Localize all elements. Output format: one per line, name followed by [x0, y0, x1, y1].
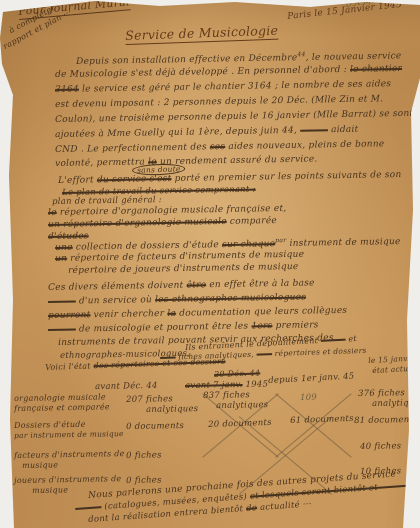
handwritten-segment: porté en premier sur les points suivants…	[171, 170, 401, 184]
handwritten-segment: un	[55, 254, 67, 264]
handwritten-segment: pourront	[48, 310, 91, 321]
col-header-struck-frag: 20 Déc. 44	[214, 369, 260, 379]
row-label: joueurs d'instruments de	[14, 475, 121, 486]
handwritten-line: répertoire de joueurs d'instruments de m…	[68, 263, 299, 277]
handwritten-segment: avant 7 janv.	[185, 380, 243, 391]
handwritten-segment: organologie musicale	[14, 392, 106, 403]
handwritten-segment: d'études	[48, 231, 89, 242]
handwritten-segment: le service est géré par le chantier 3164…	[79, 79, 391, 94]
handwritten-segment: est devenu imposant : 2 personnes depuis…	[55, 94, 383, 110]
row-label: facteurs d'instruments de	[14, 450, 125, 461]
handwritten-segment: 44	[297, 51, 305, 58]
manuscript-paper: Pour Journal Muralà compléterrapport et …	[0, 0, 420, 528]
handwritten-segment: instrument de musique	[286, 237, 400, 249]
cell-value: 61 documents	[290, 415, 354, 427]
handwritten-segment: Voici l'état	[45, 361, 94, 372]
handwritten-segment: 61 documents	[290, 414, 354, 426]
handwritten-segment: un répertoire d'organologie musicale	[48, 217, 227, 230]
cell-value: 81 documents	[354, 416, 418, 426]
handwritten-segment: 109	[300, 393, 317, 403]
handwritten-line: un répertoire d'organologie musicale com…	[48, 217, 277, 231]
handwritten-segment: depuis 1er janv. 45	[268, 371, 355, 386]
handwritten-segment: plan de travail général :	[52, 195, 162, 207]
handwritten-segment: ses	[210, 142, 226, 152]
handwritten-segment: ———	[321, 335, 346, 345]
row-label: musique	[32, 486, 68, 495]
cell-value: analytiques	[216, 401, 268, 411]
row-label: par instrument de musique	[14, 430, 124, 440]
handwritten-line: Ces divers éléments doivent être en effe…	[48, 279, 315, 294]
handwritten-segment: être	[187, 280, 207, 290]
col-header-current-1: le 15 janv. 1945	[368, 354, 420, 366]
handwritten-segment: Paris le 15 Janvier 1945	[287, 0, 403, 22]
handwritten-segment: premiers	[272, 320, 318, 331]
handwritten-segment: , le nouveau service	[306, 51, 402, 63]
handwritten-segment: musique	[32, 485, 68, 495]
handwritten-segment: analytiques	[216, 400, 268, 411]
handwritten-line: CND . Le perfectionnement des ses aides …	[55, 140, 385, 156]
handwritten-segment: ———	[300, 125, 328, 135]
handwritten-segment: ———	[75, 502, 102, 514]
handwritten-segment: 20 documents	[208, 418, 272, 430]
handwritten-segment: 837 fiches	[203, 390, 250, 401]
handwritten-segment: Service de Musicologie	[125, 23, 278, 45]
handwritten-segment: du service s'est	[97, 174, 172, 185]
cell-value: 0 fiches	[126, 451, 162, 461]
cell-value: 0 fiches	[126, 476, 162, 486]
handwritten-segment: ———	[48, 325, 76, 335]
handwritten-segment: une	[55, 243, 73, 253]
handwritten-line: ——— d'un service où les ethnographes-mus…	[48, 293, 306, 307]
handwritten-segment: 0 fiches	[126, 450, 162, 461]
cell-value: 0 documents	[126, 422, 184, 432]
handwritten-segment: en effet être à la base	[206, 278, 315, 290]
page-title: Service de Musicologie	[125, 24, 278, 43]
handwritten-segment: facteurs d'instruments de	[14, 449, 125, 460]
handwritten-segment: de musicologie et pourront être les	[76, 321, 252, 334]
handwritten-segment: Dossiers d'étude	[14, 420, 86, 430]
handwritten-segment: CND . Le perfectionnement des	[55, 142, 210, 155]
handwritten-segment: joueurs d'instruments de	[14, 474, 121, 485]
cell-value: analytiques	[146, 405, 198, 415]
handwritten-segment: 20 Déc. 44	[214, 368, 260, 379]
handwritten-segment: documentation que leurs collègues	[176, 306, 347, 319]
handwritten-segment: 376 fiches	[358, 388, 405, 399]
handwritten-segment: venir chercher	[90, 309, 167, 320]
handwritten-segment: 1ers	[251, 321, 272, 331]
handwritten-segment: état actuel	[372, 364, 416, 375]
handwritten-segment: le	[48, 208, 57, 218]
handwritten-segment: ———	[48, 297, 76, 307]
handwritten-segment: la	[167, 309, 176, 319]
handwritten-segment: 0 documents	[126, 421, 184, 432]
cell-value: 109	[300, 394, 317, 404]
handwritten-segment: répertoires et dossiers	[272, 346, 367, 358]
handwritten-segment: Ces divers éléments doivent	[48, 281, 187, 293]
col-header-before: avant Déc. 44	[95, 382, 158, 392]
handwritten-segment: d'un service où	[76, 295, 155, 306]
handwritten-segment: ——	[256, 349, 272, 359]
handwritten-segment: analytiques	[372, 398, 420, 409]
handwritten-segment: 40 fiches	[360, 441, 401, 452]
handwritten-segment: musique	[22, 460, 58, 470]
handwritten-line: 3164 le service est géré par le chantier…	[55, 80, 391, 96]
handwritten-segment: 207 fiches	[126, 394, 173, 405]
handwritten-segment: sur chaque	[222, 239, 275, 250]
handwritten-segment: Coulon), une troisième personne depuis l…	[55, 109, 413, 125]
handwritten-segment: répertoire de joueurs d'instruments de m…	[68, 262, 299, 276]
handwritten-segment: aidait	[328, 125, 359, 136]
handwritten-segment: le chantier	[350, 64, 402, 75]
handwritten-line: volonté, permettra le un rendement assur…	[55, 155, 318, 169]
handwritten-segment: et	[345, 334, 357, 344]
handwritten-segment: analytiques	[146, 404, 198, 415]
handwritten-segment: ajoutées à Mme Guelly qui la 1ère, depui…	[55, 126, 300, 140]
cell-value: 20 documents	[208, 419, 272, 431]
handwritten-segment: comparée	[227, 216, 277, 227]
handwritten-line: ajoutées à Mme Guelly qui la 1ère, depui…	[55, 126, 359, 141]
col-header-current-2: état actuel	[372, 365, 416, 376]
handwritten-segment: Depuis son installation effective en Déc…	[76, 53, 297, 67]
handwritten-segment: 3164	[55, 85, 79, 95]
row-label: française et comparée	[14, 403, 110, 413]
handwritten-segment: 81 documents	[354, 415, 418, 426]
handwritten-segment: par	[275, 237, 286, 244]
handwritten-segment: 0 fiches	[126, 475, 162, 486]
cell-value: 40 fiches	[360, 442, 401, 452]
row-label: musique	[22, 461, 58, 470]
handwritten-segment: les ethnographes-musicologues	[155, 292, 306, 305]
handwritten-line: Coulon), une troisième personne depuis l…	[55, 110, 413, 126]
handwritten-segment: 1945	[243, 380, 269, 390]
handwritten-line: est devenu imposant : 2 personnes depuis…	[55, 95, 383, 111]
scanned-document: Pour Journal Muralà compléterrapport et …	[0, 0, 420, 528]
handwritten-segment: aides nouveaux, pleins de bonne	[225, 139, 384, 152]
handwritten-segment: avant Déc. 44	[95, 381, 158, 392]
col-header-since: depuis 1er janv. 45	[268, 372, 355, 386]
handwritten-segment: le 15 janv. 1945	[368, 353, 420, 365]
cell-value: analytiques	[372, 399, 420, 409]
handwritten-segment: française et comparée	[14, 402, 110, 413]
handwritten-segment: L'effort	[58, 175, 97, 186]
handwritten-segment: par instrument de musique	[14, 429, 124, 440]
handwritten-segment: actualité ···	[257, 499, 312, 513]
